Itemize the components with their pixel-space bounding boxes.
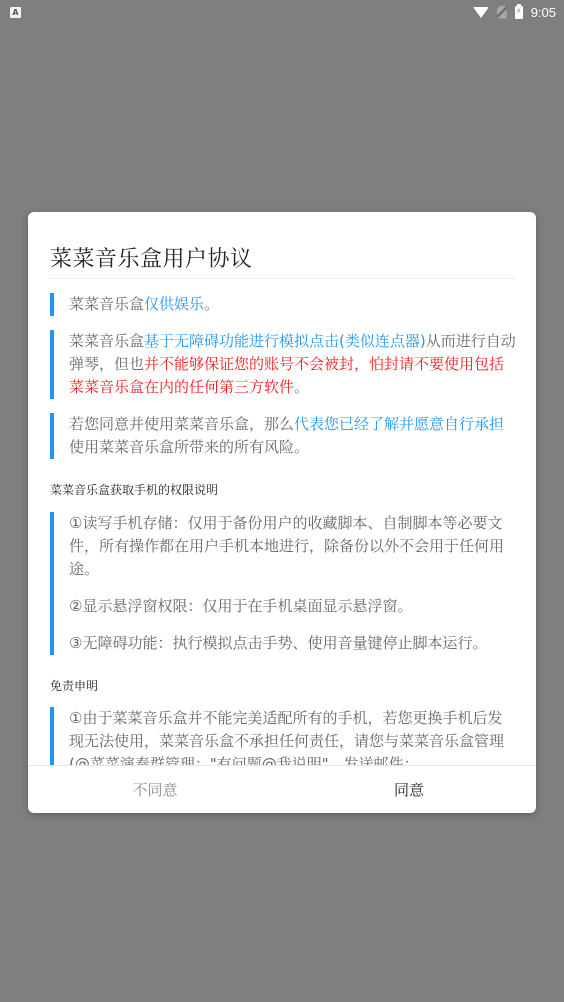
disagree-button[interactable]: 不同意 <box>28 766 282 813</box>
text-segment: 使用菜菜音乐盒所带来的所有风险。 <box>69 438 309 456</box>
agreement-scroll-content[interactable]: 菜菜音乐盒仅供娱乐。 菜菜音乐盒基于无障碍功能进行模拟点击(类似连点器)从而进行… <box>28 279 536 765</box>
notice-block-entertainment: 菜菜音乐盒仅供娱乐。 <box>50 293 516 316</box>
notice-block-risk: 菜菜音乐盒基于无障碍功能进行模拟点击(类似连点器)从而进行自动弹琴，但也并不能够… <box>50 330 516 399</box>
agree-button[interactable]: 同意 <box>282 766 536 813</box>
battery-charging-icon: ⚡ <box>515 6 523 19</box>
notice-text: 菜菜音乐盒仅供娱乐。 <box>69 293 516 316</box>
notification-app-icon: A <box>10 7 21 18</box>
text-segment: 。 <box>204 295 219 313</box>
user-agreement-dialog: 菜菜音乐盒用户协议 菜菜音乐盒仅供娱乐。 菜菜音乐盒基于无障碍功能进行模拟点击(… <box>28 212 536 813</box>
notice-text: 若您同意并使用菜菜音乐盒，那么代表您已经了解并愿意自行承担使用菜菜音乐盒所带来的… <box>69 413 516 459</box>
clock: 9:05 <box>531 5 556 20</box>
text-segment: 。 <box>294 378 309 396</box>
permissions-block: ①读写手机存储：仅用于备份用户的收藏脚本、自制脚本等必要文件，所有操作都在用户手… <box>50 512 516 655</box>
notice-text: 菜菜音乐盒基于无障碍功能进行模拟点击(类似连点器)从而进行自动弹琴，但也并不能够… <box>69 330 516 399</box>
text-segment: 若您同意并使用菜菜音乐盒，那么 <box>69 415 294 433</box>
text-segment: 菜菜音乐盒 <box>69 332 144 350</box>
highlight-segment: 代表您已经了解并愿意自行承担 <box>294 415 504 433</box>
status-bar: A ⚡ 9:05 <box>0 0 564 24</box>
permission-item: ③无障碍功能：执行模拟点击手势、使用音量键停止脚本运行。 <box>69 632 516 655</box>
highlight-segment: 基于无障碍功能进行模拟点击(类似连点器) <box>144 332 426 350</box>
permission-item: ①读写手机存储：仅用于备份用户的收藏脚本、自制脚本等必要文件，所有操作都在用户手… <box>69 512 516 581</box>
permission-item: ②显示悬浮窗权限：仅用于在手机桌面显示悬浮窗。 <box>69 595 516 618</box>
dialog-title: 菜菜音乐盒用户协议 <box>50 242 253 273</box>
disclaimer-block: ①由于菜菜音乐盒并不能完美适配所有的手机，若您更换手机后发现无法使用，菜菜音乐盒… <box>50 707 516 765</box>
wifi-icon <box>473 7 489 18</box>
dialog-actions: 不同意 同意 <box>28 766 536 813</box>
highlight-segment: 仅供娱乐 <box>144 295 204 313</box>
notice-block-consent: 若您同意并使用菜菜音乐盒，那么代表您已经了解并愿意自行承担使用菜菜音乐盒所带来的… <box>50 413 516 459</box>
text-segment: 菜菜音乐盒 <box>69 295 144 313</box>
disclaimer-item: ①由于菜菜音乐盒并不能完美适配所有的手机，若您更换手机后发现无法使用，菜菜音乐盒… <box>69 707 516 765</box>
disclaimer-heading: 免责申明 <box>50 677 98 694</box>
permissions-heading: 菜菜音乐盒获取手机的权限说明 <box>50 481 218 498</box>
no-sim-icon <box>497 6 507 19</box>
